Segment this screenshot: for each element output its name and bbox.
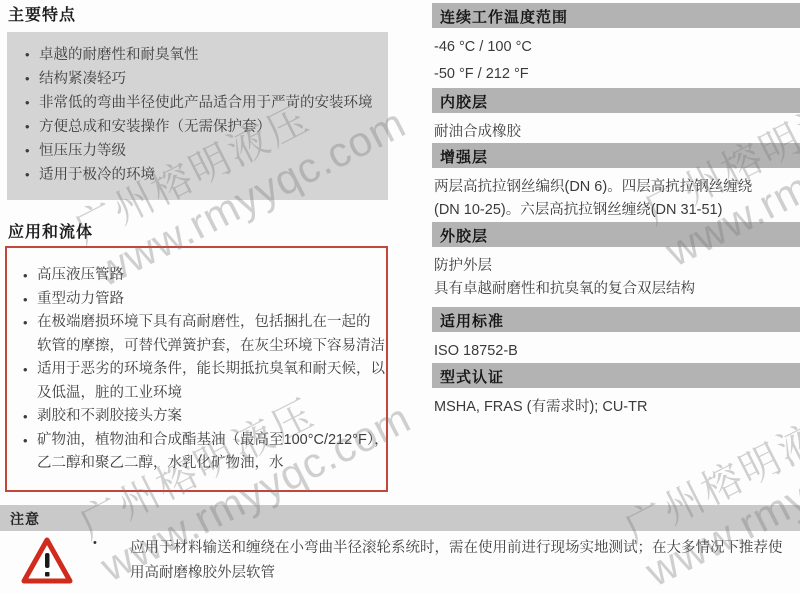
application-item-continuation: 软管的摩擦，可替代弹簧护套，在灰尘环境下容易清洁 (15, 335, 382, 359)
application-text: 高压液压管路 (37, 267, 124, 283)
application-text: 在极端磨损环境下具有高耐磨性，包括捆扎在一起的 (37, 314, 371, 330)
feature-item: •卓越的耐磨性和耐臭氧性 (17, 43, 380, 67)
section-header: 适用标准 (432, 307, 800, 332)
bullet-icon: • (23, 405, 28, 429)
feature-text: 卓越的耐磨性和耐臭氧性 (39, 47, 199, 63)
section-inner-tube: 内胶层 耐油合成橡胶 (432, 88, 800, 144)
section-header: 增强层 (432, 143, 800, 168)
bullet-icon: • (23, 358, 28, 382)
section-text: 耐油合成橡胶 (434, 121, 800, 144)
application-text: 重型动力管路 (37, 291, 124, 307)
bullet-icon: • (25, 139, 30, 163)
bullet-icon: • (25, 67, 30, 91)
application-text: 及低温，脏的工业环境 (37, 385, 182, 401)
applications-box: •高压液压管路 •重型动力管路 •在极端磨损环境下具有高耐磨性，包括捆扎在一起的… (5, 246, 388, 492)
application-text: 矿物油，植物油和合成酯基油（最高至100°C/212°F）， (37, 432, 389, 448)
section-header: 型式认证 (432, 363, 800, 388)
feature-item: •非常低的弯曲半径使此产品适合用于严苛的安装环境 (17, 91, 380, 115)
application-item: •高压液压管路 (15, 264, 382, 288)
application-item: •适用于恶劣的环境条件，能长期抵抗臭氧和耐天候，以 (15, 358, 382, 382)
section-outer-cover: 外胶层 防护外层 具有卓越耐磨性和抗臭氧的复合双层结构 (432, 222, 800, 301)
feature-text: 适用于极冷的环境 (39, 167, 155, 183)
application-text: 剥胶和不剥胶接头方案 (37, 408, 182, 424)
feature-text: 结构紧凑轻巧 (39, 71, 126, 87)
application-item: •矿物油，植物油和合成酯基油（最高至100°C/212°F）， (15, 429, 382, 453)
applications-title: 应用和流体 (8, 219, 93, 242)
application-item: •剥胶和不剥胶接头方案 (15, 405, 382, 429)
datasheet-page: 主要特点 •卓越的耐磨性和耐臭氧性 •结构紧凑轻巧 •非常低的弯曲半径使此产品适… (0, 0, 800, 593)
bullet-icon: • (23, 429, 28, 453)
application-text: 适用于恶劣的环境条件，能长期抵抗臭氧和耐天候，以 (37, 361, 385, 377)
application-item: •重型动力管路 (15, 288, 382, 312)
feature-text: 方便总成和安装操作（无需保护套） (39, 119, 271, 135)
bullet-icon: • (25, 163, 30, 187)
application-item: •在极端磨损环境下具有高耐磨性，包括捆扎在一起的 (15, 311, 382, 335)
section-header: 连续工作温度范围 (432, 3, 800, 28)
section-text: (DN 10-25)。六层高抗拉钢丝缠绕(DN 31-51) (434, 199, 800, 222)
feature-item: •适用于极冷的环境 (17, 163, 380, 187)
section-certifications: 型式认证 MSHA, FRAS (有需求时); CU-TR (432, 363, 800, 419)
features-title: 主要特点 (8, 2, 76, 25)
section-header: 内胶层 (432, 88, 800, 113)
feature-text: 恒压压力等级 (39, 143, 126, 159)
application-item-continuation: 乙二醇和聚乙二醇，水乳化矿物油，水 (15, 452, 382, 476)
feature-text: 非常低的弯曲半径使此产品适合用于严苛的安装环境 (39, 95, 373, 111)
section-standards: 适用标准 ISO 18752-B (432, 307, 800, 363)
section-text: 两层高抗拉钢丝编织(DN 6)。四层高抗拉钢丝缠绕 (434, 176, 800, 199)
bullet-icon: • (25, 115, 30, 139)
bullet-icon: • (23, 311, 28, 335)
section-reinforcement: 增强层 两层高抗拉钢丝编织(DN 6)。四层高抗拉钢丝缠绕 (DN 10-25)… (432, 143, 800, 222)
temperature-fahrenheit: -50 °F / 212 °F (434, 63, 800, 86)
application-text: 软管的摩擦，可替代弹簧护套，在灰尘环境下容易清洁 (37, 338, 385, 354)
application-item-continuation: 及低温，脏的工业环境 (15, 382, 382, 406)
notice-line: 应用于材料输送和缠绕在小弯曲半径滚轮系统时，需在使用前进行现场实地测试；在大多情… (130, 536, 790, 561)
bullet-icon: • (23, 288, 28, 312)
features-box: •卓越的耐磨性和耐臭氧性 •结构紧凑轻巧 •非常低的弯曲半径使此产品适合用于严苛… (7, 32, 388, 200)
temperature-celsius: -46 °C / 100 °C (434, 36, 800, 59)
bullet-icon: • (25, 91, 30, 115)
standard-value: ISO 18752-B (434, 340, 800, 363)
section-text: 防护外层 (434, 255, 800, 278)
feature-item: •方便总成和安装操作（无需保护套） (17, 115, 380, 139)
feature-item: •结构紧凑轻巧 (17, 67, 380, 91)
notice-line: 用高耐磨橡胶外层软管 (130, 561, 790, 586)
notice-header: 注意 (0, 505, 800, 531)
application-text: 乙二醇和聚乙二醇，水乳化矿物油，水 (37, 455, 284, 471)
certification-value: MSHA, FRAS (有需求时); CU-TR (434, 396, 800, 419)
bullet-icon: • (25, 43, 30, 67)
notice-text: 应用于材料输送和缠绕在小弯曲半径滚轮系统时，需在使用前进行现场实地测试；在大多情… (130, 536, 790, 586)
warning-triangle-icon (20, 536, 74, 586)
section-temperature-range: 连续工作温度范围 -46 °C / 100 °C -50 °F / 212 °F (432, 3, 800, 86)
section-header: 外胶层 (432, 222, 800, 247)
notice-bullet-icon: • (93, 537, 97, 549)
feature-item: •恒压压力等级 (17, 139, 380, 163)
bullet-icon: • (23, 264, 28, 288)
section-text: 具有卓越耐磨性和抗臭氧的复合双层结构 (434, 278, 800, 301)
